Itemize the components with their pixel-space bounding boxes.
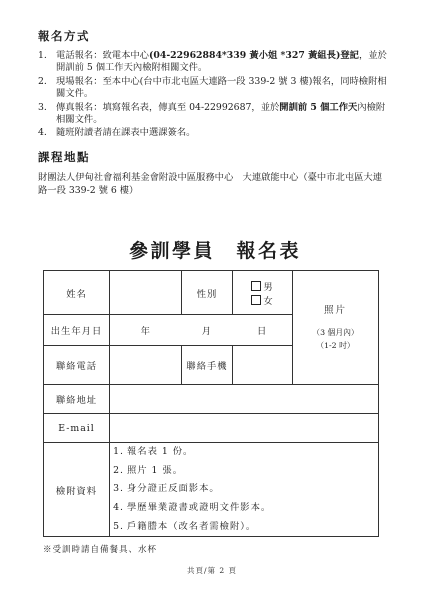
document-page: 報名方式 1. 電話報名：致電本中心(04-22962884*339 黃小姐 *… <box>0 0 424 600</box>
signup-heading: 報名方式 <box>38 28 392 44</box>
item-text: 報名表 1 份。 <box>127 443 193 462</box>
registration-table: 姓名 性別 男女 照片 （3 個月內） （1-2 吋） 出生年月日 年 月 <box>43 270 379 537</box>
location-text: 財團法人伊甸社會福利基金會附設中區服務中心 大連啟能中心（臺中市北屯區大連路一段… <box>38 171 390 197</box>
item-number: 2. <box>110 462 127 481</box>
attachment-item-2: 2. 照片 1 張。 <box>110 462 378 481</box>
signup-item-2: 2. 現場報名：至本中心(台中市北屯區大連路一段 339-2 號 3 樓)報名，… <box>38 76 392 101</box>
birthdate-label: 出生年月日 <box>44 315 110 346</box>
item-number: 1. <box>38 50 56 75</box>
attachment-item-5: 5. 戶籍謄本（改名者需檢附）。 <box>110 518 378 537</box>
birth-year-label: 年 <box>110 323 182 337</box>
birth-day-label: 日 <box>232 323 292 337</box>
gender-checkbox-female[interactable]: 女 <box>251 293 273 307</box>
item-text-pre: 傳真報名：填寫報名表，傳真至 04-22992687，並於 <box>56 102 279 113</box>
item-text: 照片 1 張。 <box>127 462 183 481</box>
attachment-item-1: 1. 報名表 1 份。 <box>110 443 378 462</box>
phone-label: 聯絡電話 <box>44 346 110 385</box>
item-text-pre: 現場報名：至本中心(台中市北屯區大連路一段 339-2 號 3 樓)報名，同時檢… <box>56 76 387 99</box>
birth-month-label: 月 <box>182 323 233 337</box>
attachment-item-4: 4. 學歷畢業證書或證明文件影本。 <box>110 499 378 518</box>
birthdate-value-cell[interactable]: 年 月 日 <box>110 315 293 346</box>
checkbox-icon[interactable] <box>251 295 261 305</box>
email-value-cell[interactable] <box>110 414 379 443</box>
item-text: 傳真報名：填寫報名表，傳真至 04-22992687，並於開訓前 5 個工作天內… <box>56 102 392 127</box>
gender-label: 性別 <box>182 271 233 315</box>
page-footer: 共頁/第 2 頁 <box>0 565 424 576</box>
photo-title: 照片 <box>293 303 378 318</box>
item-number: 3. <box>110 480 127 499</box>
name-value-cell[interactable] <box>110 271 182 315</box>
location-heading: 課程地點 <box>38 149 392 165</box>
mobile-label: 聯絡手機 <box>182 346 233 385</box>
photo-note-size: （1-2 吋） <box>293 339 378 352</box>
checkbox-icon[interactable] <box>251 281 261 291</box>
item-number: 3. <box>38 102 56 127</box>
photo-note-months: （3 個月內） <box>293 326 378 339</box>
signup-item-4: 4. 隨班附讀者請在課表中選課簽名。 <box>38 127 392 139</box>
item-text: 隨班附讀者請在課表中選課簽名。 <box>56 127 392 139</box>
item-text: 學歷畢業證書或證明文件影本。 <box>127 499 271 518</box>
signup-item-1: 1. 電話報名：致電本中心(04-22962884*339 黃小姐 *327 黃… <box>38 50 392 75</box>
item-text: 現場報名：至本中心(台中市北屯區大連路一段 339-2 號 3 樓)報名，同時檢… <box>56 76 392 101</box>
gender-value-cell: 男女 <box>233 271 293 315</box>
item-number: 4. <box>38 127 56 139</box>
phone-value-cell[interactable] <box>110 346 182 385</box>
signup-list: 1. 電話報名：致電本中心(04-22962884*339 黃小姐 *327 黃… <box>38 50 392 140</box>
item-text-pre: 隨班附讀者請在課表中選課簽名。 <box>56 127 195 138</box>
item-text: 身分證正反面影本。 <box>127 480 220 499</box>
item-number: 5. <box>110 518 127 537</box>
birthdate-units: 年 月 日 <box>110 323 292 337</box>
name-label: 姓名 <box>44 271 110 315</box>
item-text: 電話報名：致電本中心(04-22962884*339 黃小姐 *327 黃組長)… <box>56 50 392 75</box>
address-value-cell[interactable] <box>110 385 379 414</box>
item-text-bold: 開訓前 5 個工作天 <box>279 102 357 113</box>
footnote: ※受訓時請自備餐具、水杯 <box>43 543 392 555</box>
gender-option-label: 男 <box>263 282 273 293</box>
form-title: 參訓學員 報名表 <box>38 239 392 263</box>
gender-option-label: 女 <box>263 296 273 307</box>
item-number: 2. <box>38 76 56 101</box>
photo-cell: 照片 （3 個月內） （1-2 吋） <box>293 271 379 385</box>
attachment-item-3: 3. 身分證正反面影本。 <box>110 480 378 499</box>
signup-item-3: 3. 傳真報名：填寫報名表，傳真至 04-22992687，並於開訓前 5 個工… <box>38 102 392 127</box>
gender-checkbox-male[interactable]: 男 <box>251 279 273 293</box>
section-course-location: 課程地點 財團法人伊甸社會福利基金會附設中區服務中心 大連啟能中心（臺中市北屯區… <box>38 149 392 197</box>
item-text-pre: 電話報名：致電本中心 <box>56 50 149 61</box>
attachments-list: 1. 報名表 1 份。 2. 照片 1 張。 3. 身分證正反面影本。 4. 學… <box>110 443 379 537</box>
mobile-value-cell[interactable] <box>233 346 293 385</box>
item-number: 4. <box>110 499 127 518</box>
item-text-bold: (04-22962884*339 黃小姐 *327 黃組長)登記 <box>149 50 359 61</box>
item-text: 戶籍謄本（改名者需檢附）。 <box>127 518 256 537</box>
attachments-label: 檢附資料 <box>44 443 110 537</box>
item-number: 1. <box>110 443 127 462</box>
email-label: E-mail <box>44 414 110 443</box>
address-label: 聯絡地址 <box>44 385 110 414</box>
section-signup-methods: 報名方式 1. 電話報名：致電本中心(04-22962884*339 黃小姐 *… <box>38 28 392 140</box>
